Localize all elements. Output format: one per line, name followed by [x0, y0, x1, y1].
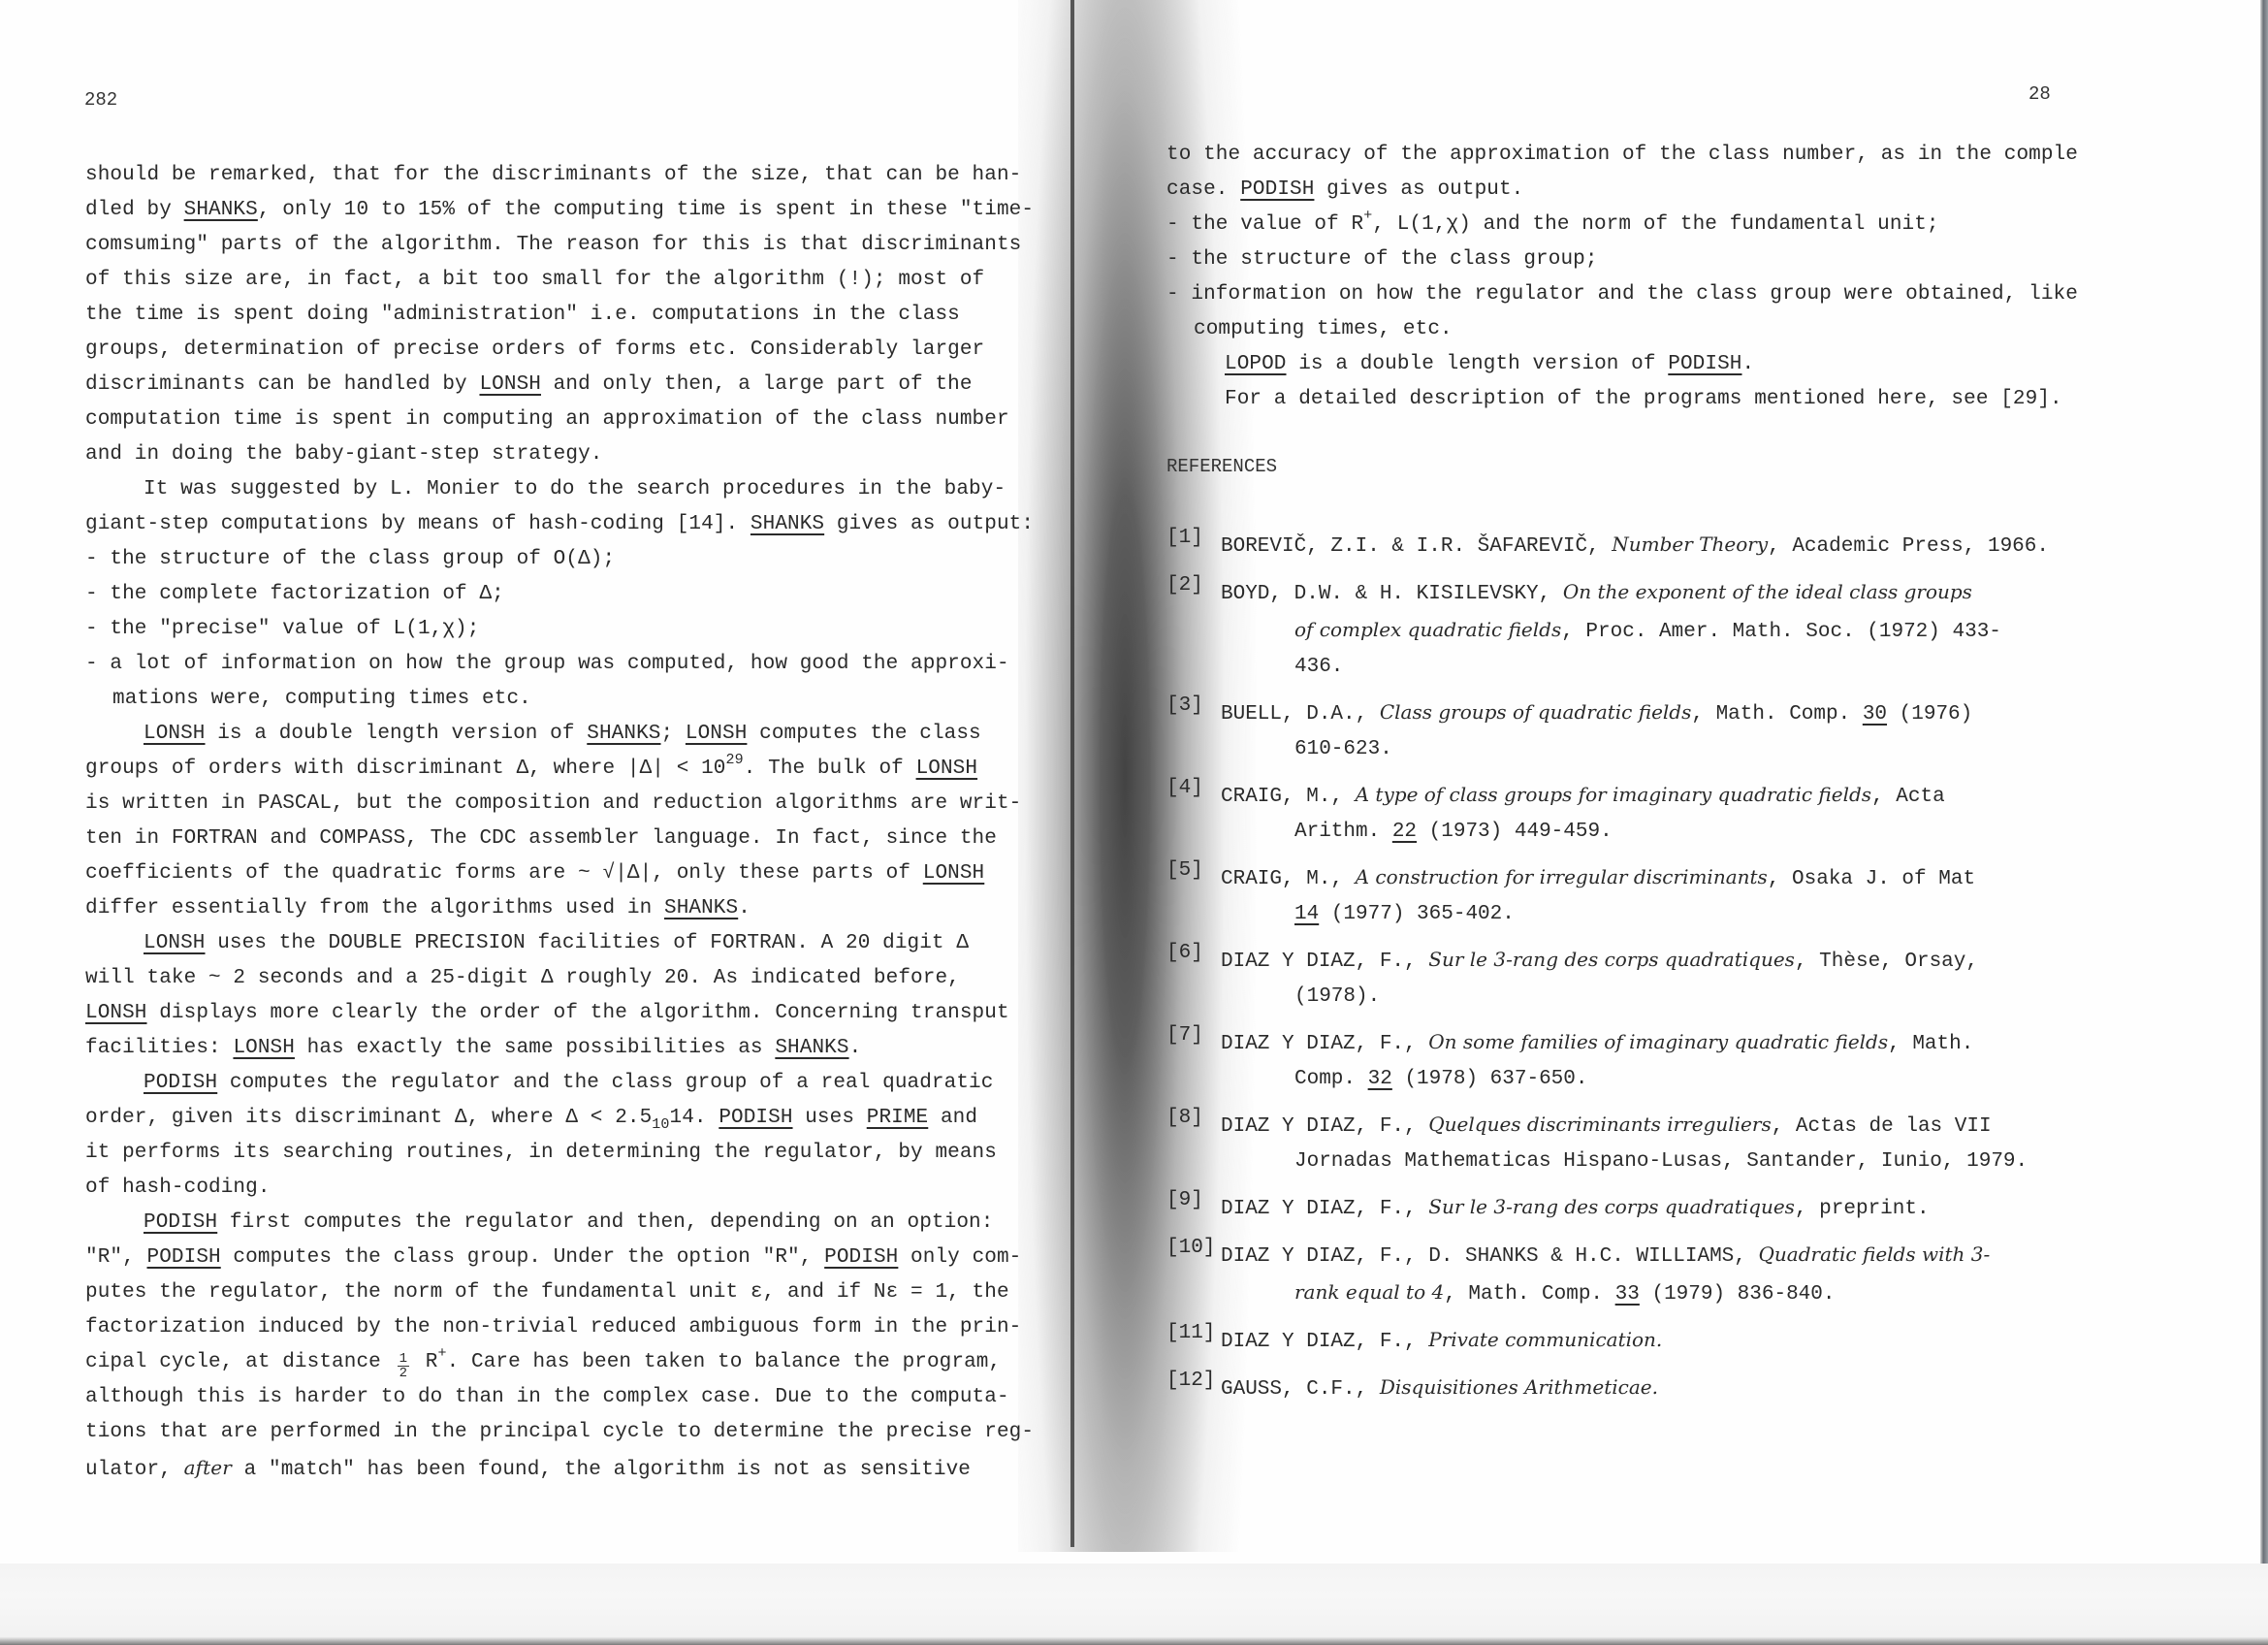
emphasis: after	[184, 1456, 232, 1479]
text-line: PODISH first computes the regulator and …	[85, 1206, 1034, 1241]
text-line: coefficients of the quadratic forms are …	[85, 856, 1034, 891]
text-line: of hash-coding.	[85, 1171, 1034, 1206]
reference-number: [1]	[1166, 527, 1221, 549]
text-line: cipal cycle, at distance 12 R+. Care has…	[85, 1345, 1034, 1380]
page-number-left: 282	[84, 89, 117, 111]
reference-number: [12]	[1166, 1370, 1221, 1392]
text-line: tions that are performed in the principa…	[85, 1415, 1034, 1450]
text-line: PODISH computes the regulator and the cl…	[85, 1066, 1034, 1101]
reference-item: [2] BOYD, D.W. & H. KISILEVSKY, On the e…	[1166, 574, 2262, 685]
reference-item: [4] CRAIG, M., A type of class groups fo…	[1166, 777, 2262, 850]
text-line: although this is harder to do than in th…	[85, 1380, 1034, 1415]
reference-item: [10] DIAZ Y DIAZ, F., D. SHANKS & H.C. W…	[1166, 1237, 2262, 1312]
program-name: PODISH	[719, 1107, 792, 1129]
program-name: SHANKS	[751, 513, 824, 535]
program-name: SHANKS	[184, 199, 258, 221]
reference-number: [5]	[1166, 859, 1221, 882]
text-line: discriminants can be handled by LONSH an…	[85, 368, 1034, 403]
references-heading: REFERENCES	[1166, 456, 1277, 477]
program-name: LONSH	[686, 723, 748, 745]
reference-item: [8] DIAZ Y DIAZ, F., Quelques discrimina…	[1166, 1107, 2262, 1179]
program-name: PODISH	[144, 1211, 217, 1234]
list-item: - a lot of information on how the group …	[85, 647, 1034, 682]
reference-item: [9] DIAZ Y DIAZ, F., Sur le 3-rang des c…	[1166, 1189, 2262, 1227]
page-number-right: 28	[2028, 83, 2051, 105]
text-line: differ essentially from the algorithms u…	[85, 891, 1034, 926]
text-line: ten in FORTRAN and COMPASS, The CDC asse…	[85, 822, 1034, 856]
reference-number: [8]	[1166, 1107, 1221, 1129]
text-line: case. PODISH gives as output.	[1166, 173, 2078, 208]
program-name: LONSH	[85, 1002, 147, 1024]
text-line: comsuming" parts of the algorithm. The r…	[85, 228, 1034, 263]
program-name: PRIME	[867, 1107, 929, 1129]
reference-number: [9]	[1166, 1189, 1221, 1211]
list-item: - information on how the regulator and t…	[1166, 277, 2078, 312]
fraction-one-half: 12	[398, 1352, 410, 1380]
text-line: should be remarked, that for the discrim…	[85, 158, 1034, 193]
reference-number: [10]	[1166, 1237, 1221, 1259]
text-line: LOPOD is a double length version of PODI…	[1166, 347, 2078, 382]
reference-number: [2]	[1166, 574, 1221, 597]
subscript: 10	[652, 1116, 669, 1133]
reference-item: [7] DIAZ Y DIAZ, F., On some families of…	[1166, 1024, 2262, 1097]
program-name: PODISH	[147, 1246, 221, 1269]
program-name: PODISH	[144, 1072, 217, 1094]
text-line: LONSH is a double length version of SHAN…	[85, 717, 1034, 752]
text-line: and in doing the baby-giant-step strateg…	[85, 437, 1034, 472]
text-line: dled by SHANKS, only 10 to 15% of the co…	[85, 193, 1034, 228]
text-line: facilities: LONSH has exactly the same p…	[85, 1031, 1034, 1066]
program-name: LONSH	[916, 758, 978, 780]
text-line: of this size are, in fact, a bit too sma…	[85, 263, 1034, 298]
text-line: It was suggested by L. Monier to do the …	[85, 472, 1034, 507]
reference-number: [7]	[1166, 1024, 1221, 1047]
references-list: [1] BOREVIČ, Z.I. & I.R. ŠAFAREVIČ, Numb…	[1166, 527, 2262, 1417]
text-line: it performs its searching routines, in d…	[85, 1136, 1034, 1171]
text-line: putes the regulator, the norm of the fun…	[85, 1275, 1034, 1310]
list-item: - the "precise" value of L(1,χ);	[85, 612, 1034, 647]
reference-item: [11] DIAZ Y DIAZ, F., Private communicat…	[1166, 1322, 2262, 1360]
book-spine-line	[1070, 0, 1074, 1547]
reference-item: [12] GAUSS, C.F., Disquisitiones Arithme…	[1166, 1370, 2262, 1407]
text-line: the time is spent doing "administration"…	[85, 298, 1034, 333]
program-name: LOPOD	[1225, 353, 1287, 375]
scanner-bed-edge	[0, 1564, 2268, 1645]
program-name: SHANKS	[775, 1037, 848, 1059]
text-line: LONSH displays more clearly the order of…	[85, 996, 1034, 1031]
program-name: PODISH	[824, 1246, 898, 1269]
reference-item: [3] BUELL, D.A., Class groups of quadrat…	[1166, 694, 2262, 767]
program-name: PODISH	[1668, 353, 1741, 375]
text-line: computation time is spent in computing a…	[85, 403, 1034, 437]
text-line: will take ~ 2 seconds and a 25-digit Δ r…	[85, 961, 1034, 996]
text-line: to the accuracy of the approximation of …	[1166, 138, 2078, 173]
list-item: - the structure of the class group of O(…	[85, 542, 1034, 577]
list-item-continuation: mations were, computing times etc.	[85, 682, 1034, 717]
program-name: SHANKS	[664, 897, 738, 919]
text-line: ulator, after a "match" has been found, …	[85, 1450, 1034, 1485]
list-item: - the value of R+, L(1,χ) and the norm o…	[1166, 208, 2078, 242]
text-line: factorization induced by the non-trivial…	[85, 1310, 1034, 1345]
list-item-continuation: computing times, etc.	[1166, 312, 2078, 347]
program-name: SHANKS	[587, 723, 660, 745]
program-name: LONSH	[144, 932, 206, 954]
reference-item: [1] BOREVIČ, Z.I. & I.R. ŠAFAREVIČ, Numb…	[1166, 527, 2262, 564]
text-line: order, given its discriminant Δ, where Δ…	[85, 1101, 1034, 1136]
text-line: is written in PASCAL, but the compositio…	[85, 787, 1034, 822]
right-page-body: to the accuracy of the approximation of …	[1166, 138, 2078, 417]
program-name: LONSH	[479, 373, 541, 396]
reference-number: [4]	[1166, 777, 1221, 799]
text-line: LONSH uses the DOUBLE PRECISION faciliti…	[85, 926, 1034, 961]
program-name: LONSH	[923, 862, 985, 885]
program-name: LONSH	[144, 723, 206, 745]
program-name: PODISH	[1240, 178, 1314, 201]
text-line: giant-step computations by means of hash…	[85, 507, 1034, 542]
text-line: For a detailed description of the progra…	[1166, 382, 2078, 417]
reference-number: [11]	[1166, 1322, 1221, 1344]
list-item: - the structure of the class group;	[1166, 242, 2078, 277]
text-line: "R", PODISH computes the class group. Un…	[85, 1241, 1034, 1275]
text-line: groups of orders with discriminant Δ, wh…	[85, 752, 1034, 787]
reference-number: [3]	[1166, 694, 1221, 717]
reference-number: [6]	[1166, 942, 1221, 964]
exponent: 29	[726, 752, 744, 768]
left-page-body: should be remarked, that for the discrim…	[85, 158, 1034, 1485]
program-name: LONSH	[233, 1037, 295, 1059]
text-line: groups, determination of precise orders …	[85, 333, 1034, 368]
list-item: - the complete factorization of Δ;	[85, 577, 1034, 612]
reference-item: [5] CRAIG, M., A construction for irregu…	[1166, 859, 2262, 932]
reference-item: [6] DIAZ Y DIAZ, F., Sur le 3-rang des c…	[1166, 942, 2262, 1015]
